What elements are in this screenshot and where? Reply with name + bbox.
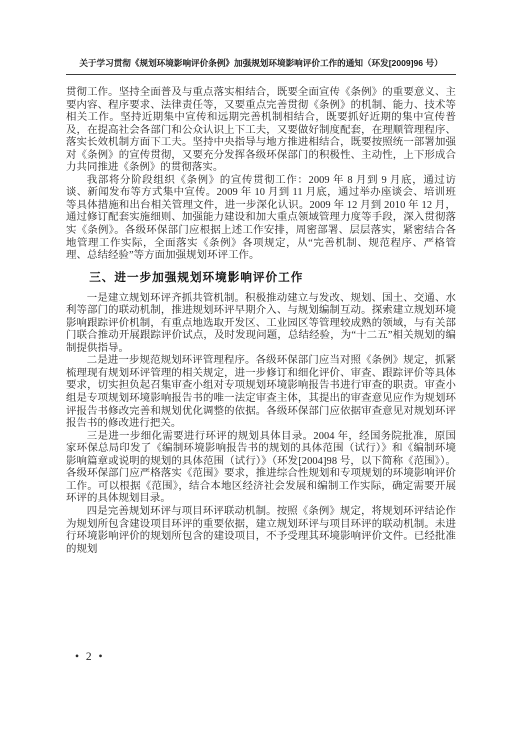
page-header: 关于学习贯彻《规划环境影响评价条例》加强规划环境影响评价工作的通知（环发[200…: [66, 57, 456, 75]
document-body: 贯彻工作。坚持全面普及与重点落实相结合，既要全面宣传《条例》的重要意义、主要内容…: [66, 87, 456, 556]
section-heading: 三、进一步加强规划环境影响评价工作: [66, 271, 456, 285]
page-footer: • 2 •: [75, 647, 105, 665]
page-number: • 2 •: [75, 651, 105, 663]
document-header-title: 关于学习贯彻《规划环境影响评价条例》加强规划环境影响评价工作的通知（环发[200…: [66, 57, 456, 69]
paragraph-point-one: 一是建立规划环评齐抓共管机制。积极推动建立与发改、规划、国土、交通、水利等部门的…: [66, 293, 456, 356]
document-page: 关于学习贯彻《规划环境影响评价条例》加强规划环境影响评价工作的通知（环发[200…: [0, 0, 521, 737]
paragraph-continuation: 贯彻工作。坚持全面普及与重点落实相结合，既要全面宣传《条例》的重要意义、主要内容…: [66, 87, 456, 175]
header-divider: [66, 74, 456, 75]
paragraph-point-four: 四是完善规划环评与项目环评联动机制。按照《条例》规定，将规划环评结论作为规划所包…: [66, 506, 456, 556]
paragraph-schedule: 我部将分阶段组织《条例》的宣传贯彻工作：2009 年 8 月到 9 月底，通过访…: [66, 175, 456, 263]
paragraph-point-three: 三是进一步细化需要进行环评的规划具体目录。2004 年，经国务院批准，原国家环保…: [66, 431, 456, 506]
paragraph-point-two: 二是进一步规范规划环评管理程序。各级环保部门应当对照《条例》规定，抓紧梳理现有规…: [66, 355, 456, 430]
